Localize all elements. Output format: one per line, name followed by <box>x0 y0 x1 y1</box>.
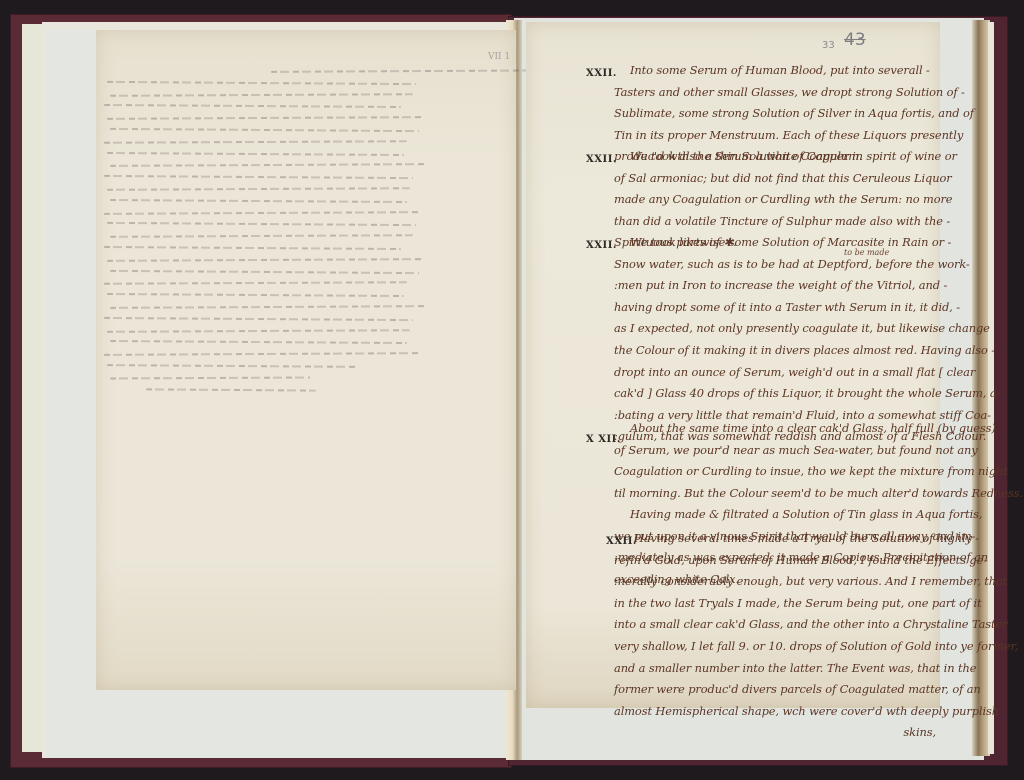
text-line: of Sal armoniac; but did not find that t… <box>614 168 936 190</box>
bleed-through-line <box>104 175 413 179</box>
bleed-through-line <box>104 352 419 356</box>
bleed-through-line <box>104 246 401 250</box>
text-line: refin'd Gold, upon Serum of Human Blood,… <box>614 550 936 572</box>
bleed-through-line <box>104 211 419 215</box>
text-line: dropt into an ounce of Serum, weigh'd ou… <box>614 362 936 384</box>
text-line: into a small clear cak'd Glass, and the … <box>614 614 936 636</box>
folio-number-pencil: 33 <box>822 40 835 51</box>
text-line: Coagulation or Curdling to insue, tho we… <box>614 461 936 483</box>
bleed-through-line <box>107 116 422 120</box>
folio-number-ink: 43 <box>844 30 866 50</box>
entry-6: Having several times made a Tryal of the… <box>634 528 936 550</box>
bleed-through-line <box>107 187 410 191</box>
text-line: in the two last Tryals I made, the Serum… <box>614 593 936 615</box>
text-line: cak'd ] Glass 40 drops of this Liquor, i… <box>614 383 936 405</box>
bleed-through-line <box>107 222 416 226</box>
interlinear-insert: to be made <box>844 248 889 257</box>
bleed-through-line <box>107 364 357 368</box>
bleed-through-line <box>104 282 407 286</box>
text-line: having dropt some of it into a Taster wt… <box>614 297 936 319</box>
text-line: very shallow, I let fall 9. or 10. drops… <box>614 636 936 658</box>
text-line: the Colour of it making it in divers pla… <box>614 340 936 362</box>
entry-6-cont: refin'd Gold, upon Serum of Human Blood,… <box>614 550 936 744</box>
entry-margin-label: XXII. <box>586 240 617 251</box>
text-line: Tasters and other small Glasses, we drop… <box>614 82 936 104</box>
bleed-through-line <box>104 317 413 321</box>
text-line: almost Hemispherical shape, wch were cov… <box>614 701 936 723</box>
corner-mark: VII 1 <box>488 52 510 62</box>
text-line: of Serum, we pour'd near as much Sea-wat… <box>614 440 936 462</box>
text-line: Into some Serum of Human Blood, put into… <box>614 60 936 82</box>
bleed-through-line <box>107 329 410 333</box>
bleed-through-line <box>107 81 416 85</box>
text-line: former were produc'd divers parcels of C… <box>614 679 936 701</box>
bleed-through-line <box>110 128 419 132</box>
text-line: Sublimate, some strong Solution of Silve… <box>614 103 936 125</box>
bleed-through-line <box>110 164 425 168</box>
bleed-through-line <box>110 340 407 344</box>
bleed-through-line <box>146 388 316 391</box>
text-line: Having several times made a Tryal of the… <box>634 528 936 550</box>
bleed-through-line <box>110 376 310 379</box>
bleed-through-line <box>110 270 419 274</box>
bleed-through-line <box>110 93 413 97</box>
bleed-through-line <box>104 104 401 108</box>
text-line: :men put in Iron to increase the weight … <box>614 275 936 297</box>
text-line: Having made & filtrated a Solution of Ti… <box>614 504 936 526</box>
entry-3: We took likewise some Solution of Marcas… <box>614 232 936 448</box>
bleed-through-line <box>107 293 404 297</box>
text-line: We took also a thin Solution of Copper i… <box>614 146 936 168</box>
bleed-through-line <box>107 152 404 156</box>
text-line: til morning. But the Colour seem'd to be… <box>614 483 936 505</box>
bleed-through-line <box>110 199 407 203</box>
text-line: :nerally considerably enough, but very v… <box>614 571 936 593</box>
entry-margin-label: XXII. <box>586 68 617 79</box>
text-line: Tin in its proper Menstruum. Each of the… <box>614 125 936 147</box>
manuscript-page-left: VII 1 <box>96 30 516 690</box>
text-line: as I expected, not only presently coagul… <box>614 318 936 340</box>
bleed-through-line <box>110 234 413 238</box>
bleed-through-line <box>104 140 407 144</box>
text-line: made any Coagulation or Curdling wth the… <box>614 189 936 211</box>
entry-margin-label: XXII. <box>606 536 637 547</box>
bleed-through-line <box>107 258 422 262</box>
catchword: skins, <box>614 722 936 744</box>
guard-sheet-edge <box>22 24 42 752</box>
text-line: and a smaller number into the latter. Th… <box>614 658 936 680</box>
text-line: About the same time into a clear cak'd G… <box>614 418 936 440</box>
bleed-through-line <box>110 305 425 309</box>
entry-margin-label: XXII. <box>586 154 617 165</box>
entry-4: About the same time into a clear cak'd G… <box>614 418 936 504</box>
manuscript-page-right: 33 43 XXII. Into some Serum of Human Blo… <box>526 22 940 708</box>
text-line: than did a volatile Tincture of Sulphur … <box>614 211 936 233</box>
